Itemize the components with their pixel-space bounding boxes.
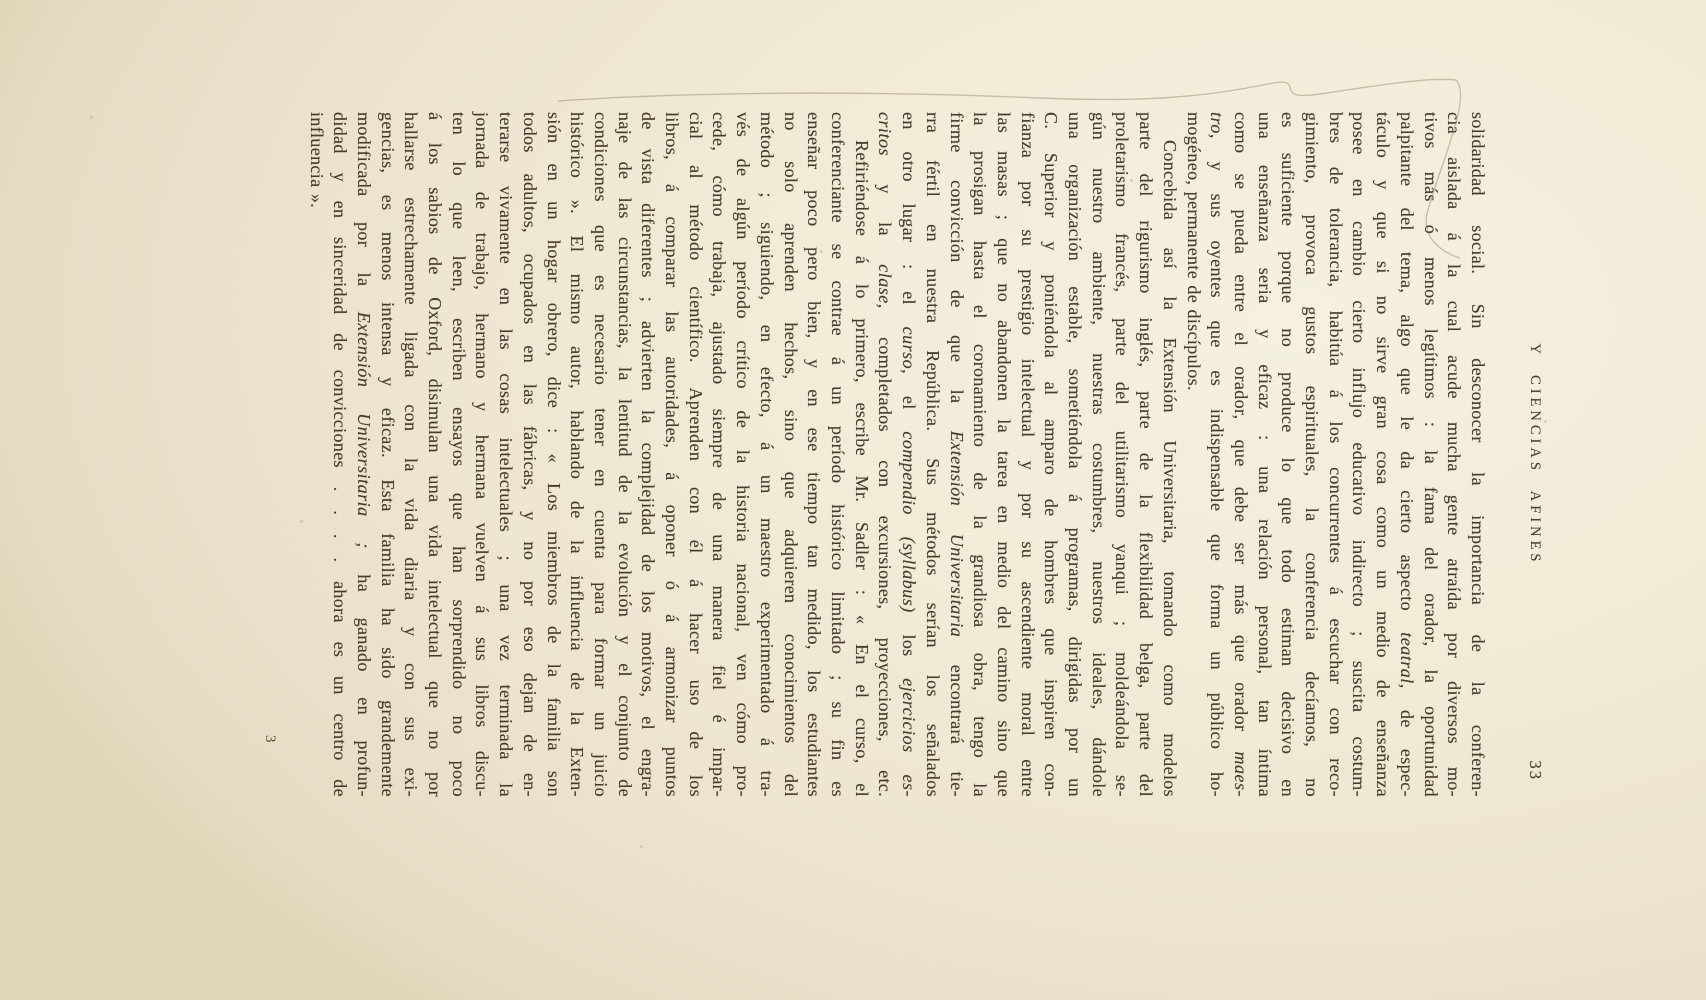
text-line: método ; siguiendo, en efecto, á un maes… xyxy=(754,112,778,797)
text-line: tivos más ó menos legítimos : la fama de… xyxy=(1418,112,1442,797)
text-line: solidaridad social. Sin desconocer la im… xyxy=(1465,112,1489,797)
running-title: Y CIENCIAS AFINES xyxy=(1526,112,1543,797)
text-line: enseñar poco pero bien, y en ese tiempo … xyxy=(802,112,826,797)
text-line: modificada por la Extensión Universitari… xyxy=(351,112,375,797)
text-line: parte del rigurismo inglés, parte de la … xyxy=(1133,112,1157,797)
running-head: Y CIENCIAS AFINES 33 xyxy=(1521,112,1543,797)
text-line: de vista diferentes ; advierten la compl… xyxy=(636,112,660,797)
text-line: histórico ». El mismo autor, hablando de… xyxy=(565,112,589,797)
paper-speck xyxy=(300,520,303,523)
book-page: Y CIENCIAS AFINES 33 solidaridad social.… xyxy=(0,0,1706,1000)
paper-speck xyxy=(1130,179,1133,182)
text-line: rra fértil en nuestra República. Sus mét… xyxy=(920,112,944,797)
text-line: terarse vivamente en las cosas intelectu… xyxy=(493,112,517,797)
text-line: cede, cómo trabaja, ajustado siempre de … xyxy=(707,112,731,797)
text-line: critos y la clase, completados con excur… xyxy=(873,112,897,797)
text-line: una organización estable, sometiéndola á… xyxy=(1062,112,1086,797)
text-line: gimiento, provoca gustos espirituales, l… xyxy=(1299,112,1323,797)
text-line: tro, y sus oyentes que es indispensable … xyxy=(1205,112,1229,797)
text-line: bres de tolerancia, habitúa á los concur… xyxy=(1323,112,1347,797)
text-line: libros, á comparar las autoridades, á op… xyxy=(659,112,683,797)
text-line: ten lo que leen, escriben ensayos que ha… xyxy=(446,112,470,797)
paper-speck xyxy=(1544,420,1547,423)
text-line: una enseñanza seria y eficaz : una relac… xyxy=(1252,112,1276,797)
text-line: hallarse estrechamente ligada con la vid… xyxy=(399,112,423,797)
text-line: gún nuestro ambiente, nuestras costumbre… xyxy=(1086,112,1110,797)
text-line: posee en cambio cierto influjo educativo… xyxy=(1347,112,1371,797)
text-line: sión en un hogar obrero, dice : « Los mi… xyxy=(541,112,565,797)
text-line: Refiriéndose á lo primero, escribe Mr. S… xyxy=(849,112,873,797)
text-line: palpitante del tema, algo que le da cier… xyxy=(1394,112,1418,797)
text-line: condiciones que es necesario tener en cu… xyxy=(588,112,612,797)
paper-speck xyxy=(1245,640,1248,643)
text-line: no solo aprenden hechos, sino que adquie… xyxy=(778,112,802,797)
text-line: jornada de trabajo, hermano y hermana vu… xyxy=(470,112,494,797)
paper-speck xyxy=(386,306,389,309)
text-line: es suficiente porque no produce lo que t… xyxy=(1276,112,1300,797)
text-line: C. Superior y poniéndola al amparo de ho… xyxy=(1039,112,1063,797)
text-line: vés de algún período crítico de la histo… xyxy=(731,112,755,797)
text-line: didad y en sinceridad de convicciones . … xyxy=(328,112,352,797)
text-line: á los sabios de Oxford, disimulan una vi… xyxy=(422,112,446,797)
paper-speck xyxy=(820,250,823,253)
text-line: mogéneo, permanente de discípulos. xyxy=(1181,112,1205,797)
text-line: en otro lugar : el curso, el compendio (… xyxy=(896,112,920,797)
text-line: Concebida así la Extensión Universitaria… xyxy=(1157,112,1181,797)
text-line: las masas ; que no abandonen la tarea en… xyxy=(991,112,1015,797)
text-line: gencias, es menos intensa y eficaz. Esta… xyxy=(375,112,399,797)
text-line: cia aislada á la cual acude mucha gente … xyxy=(1442,112,1466,797)
paper-speck xyxy=(640,845,643,848)
body-text: solidaridad social. Sin desconocer la im… xyxy=(304,112,1489,797)
text-line: naje de las circunstancias, la lentitud … xyxy=(612,112,636,797)
text-line: cial al método científico. Aprenden con … xyxy=(683,112,707,797)
signature-mark: 3 xyxy=(261,735,278,743)
text-line: influencia ». xyxy=(304,112,328,797)
text-line: proletarismo francés, parte del utilitar… xyxy=(1110,112,1134,797)
text-line: firme convicción de que la Extensión Uni… xyxy=(944,112,968,797)
text-line: todos adultos, ocupados en las fábricas,… xyxy=(517,112,541,797)
text-line: fianza por su prestigio intelectual y po… xyxy=(1015,112,1039,797)
text-line: como se pueda entre el orador, que debe … xyxy=(1228,112,1252,797)
text-line: conferenciante se contrae á un período h… xyxy=(825,112,849,797)
text-line: la prosigan hasta el coronamiento de la … xyxy=(968,112,992,797)
text-line: táculo y que si no sirve gran cosa como … xyxy=(1370,112,1394,797)
scanned-book-page: Y CIENCIAS AFINES 33 solidaridad social.… xyxy=(0,0,1706,1000)
paper-speck xyxy=(90,116,93,119)
page-number: 33 xyxy=(1525,761,1545,782)
